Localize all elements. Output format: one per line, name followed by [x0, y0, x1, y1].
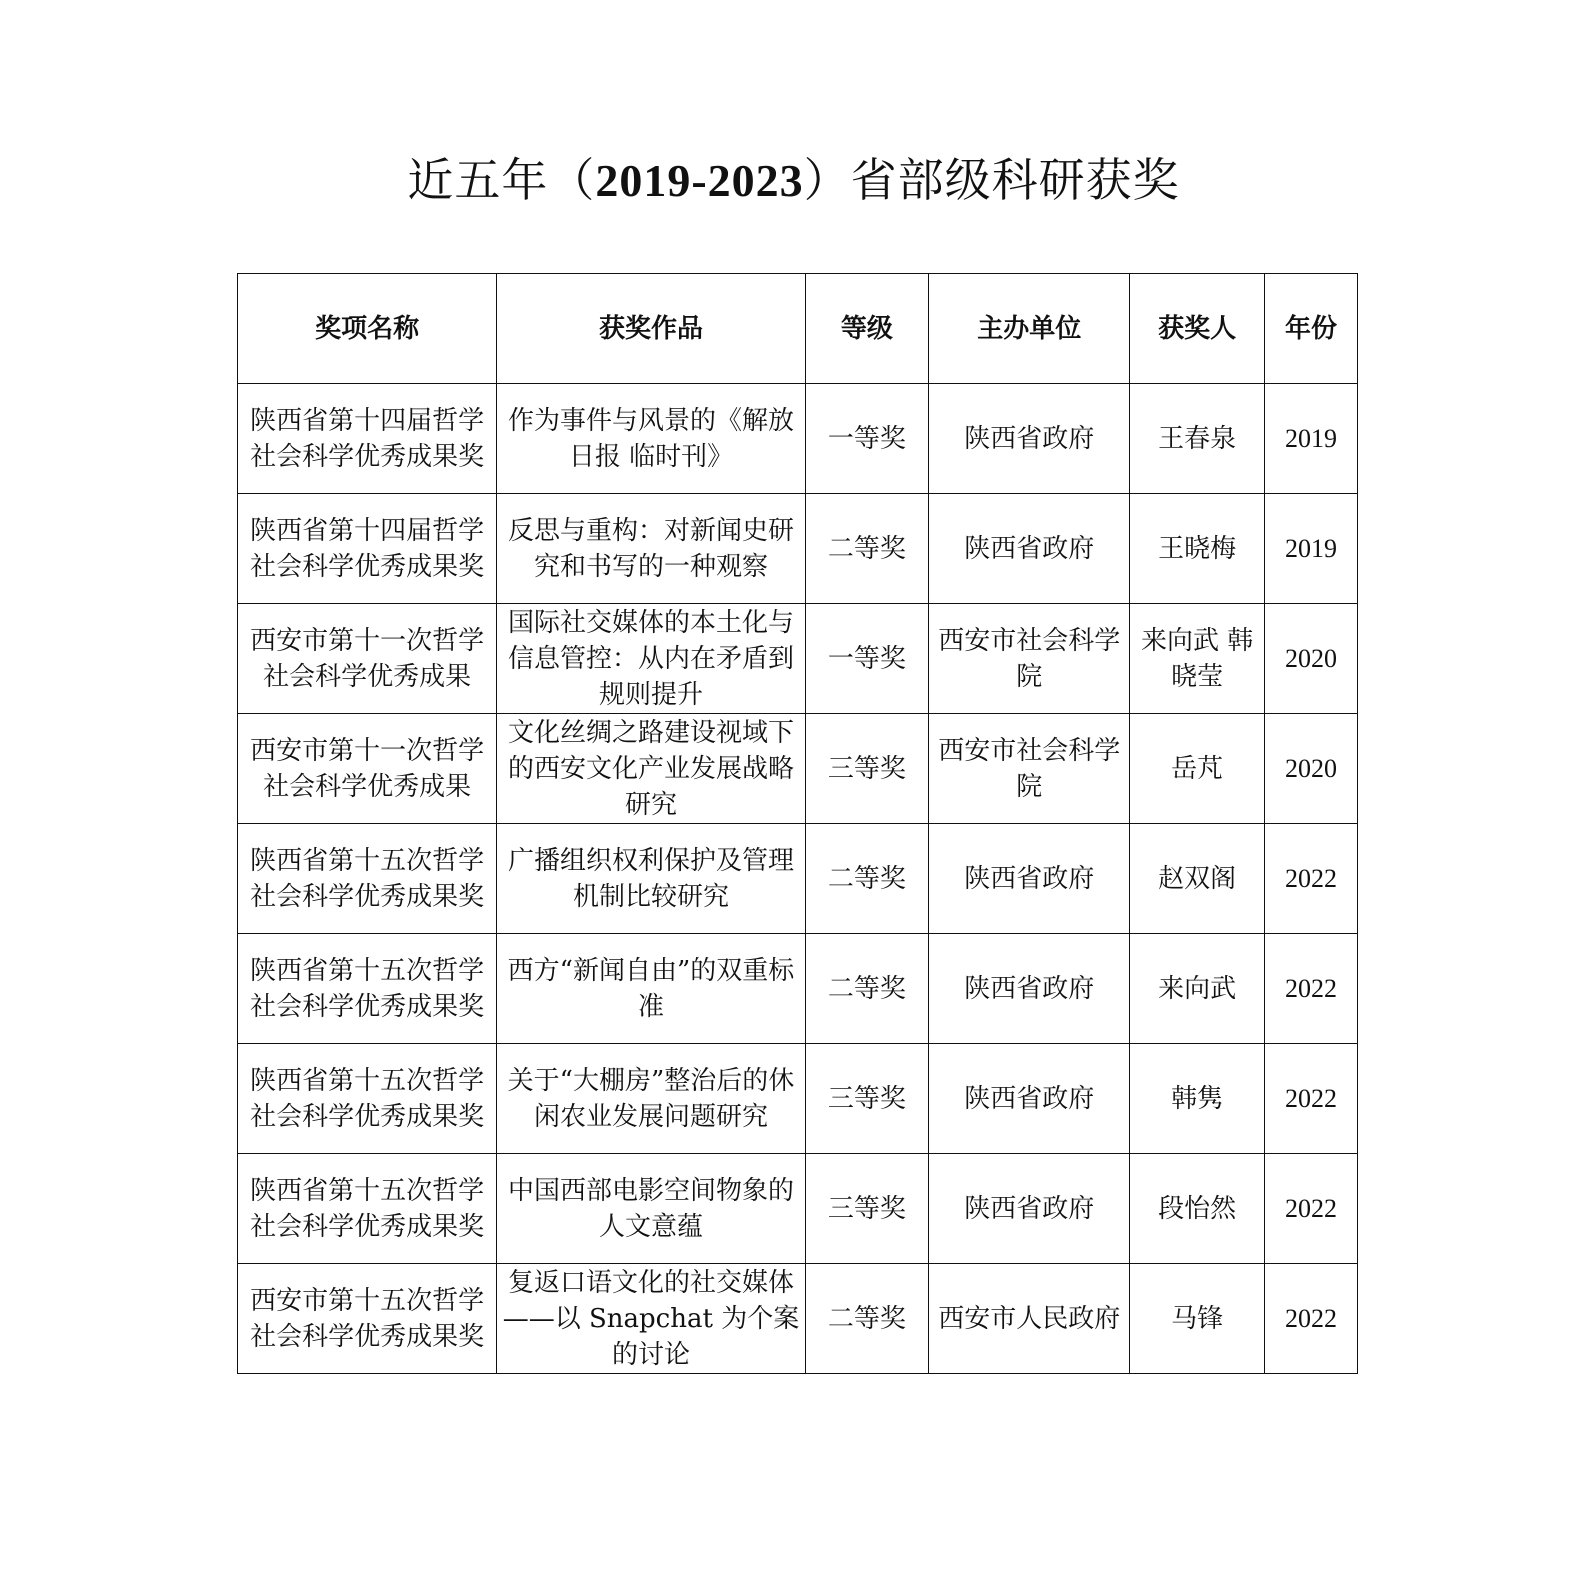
header-grade: 等级 [805, 274, 929, 384]
cell-year: 2022 [1265, 824, 1358, 934]
cell-winner: 岳芃 [1130, 714, 1265, 824]
cell-grade: 二等奖 [805, 1264, 929, 1374]
cell-work: 西方“新闻自由”的双重标准 [497, 934, 805, 1044]
title-prefix: 近五年（ [407, 153, 595, 207]
cell-award-name: 西安市第十五次哲学社会科学优秀成果奖 [238, 1264, 497, 1374]
table-row: 陕西省第十五次哲学社会科学优秀成果奖 关于“大棚房”整治后的休闲农业发展问题研究… [238, 1044, 1358, 1154]
table-row: 陕西省第十五次哲学社会科学优秀成果奖 中国西部电影空间物象的人文意蕴 三等奖 陕… [238, 1154, 1358, 1264]
cell-grade: 三等奖 [805, 714, 929, 824]
cell-winner: 王晓梅 [1130, 494, 1265, 604]
cell-organizer: 西安市社会科学院 [929, 604, 1130, 714]
cell-work: 复返口语文化的社交媒体——以 Snapchat 为个案的讨论 [497, 1264, 805, 1374]
table-row: 陕西省第十五次哲学社会科学优秀成果奖 西方“新闻自由”的双重标准 二等奖 陕西省… [238, 934, 1358, 1044]
cell-award-name: 西安市第十一次哲学社会科学优秀成果 [238, 604, 497, 714]
cell-organizer: 陕西省政府 [929, 1154, 1130, 1264]
cell-year: 2022 [1265, 1044, 1358, 1154]
cell-year: 2022 [1265, 1154, 1358, 1264]
cell-winner: 马锋 [1130, 1264, 1265, 1374]
cell-organizer: 陕西省政府 [929, 1044, 1130, 1154]
cell-award-name: 西安市第十一次哲学社会科学优秀成果 [238, 714, 497, 824]
cell-year: 2020 [1265, 714, 1358, 824]
cell-organizer: 西安市人民政府 [929, 1264, 1130, 1374]
cell-grade: 三等奖 [805, 1154, 929, 1264]
header-award-name: 奖项名称 [238, 274, 497, 384]
table-row: 陕西省第十四届哲学社会科学优秀成果奖 反思与重构：对新闻史研究和书写的一种观察 … [238, 494, 1358, 604]
table-row: 西安市第十五次哲学社会科学优秀成果奖 复返口语文化的社交媒体——以 Snapch… [238, 1264, 1358, 1374]
table-row: 西安市第十一次哲学社会科学优秀成果 国际社交媒体的本土化与信息管控：从内在矛盾到… [238, 604, 1358, 714]
header-work: 获奖作品 [497, 274, 805, 384]
cell-organizer: 陕西省政府 [929, 494, 1130, 604]
cell-organizer: 陕西省政府 [929, 934, 1130, 1044]
page-title: 近五年（2019-2023）省部级科研获奖 [0, 150, 1587, 211]
cell-award-name: 陕西省第十四届哲学社会科学优秀成果奖 [238, 384, 497, 494]
cell-work: 文化丝绸之路建设视域下的西安文化产业发展战略研究 [497, 714, 805, 824]
header-winner: 获奖人 [1130, 274, 1265, 384]
cell-year: 2019 [1265, 494, 1358, 604]
cell-work: 作为事件与风景的《解放日报 临时刊》 [497, 384, 805, 494]
cell-work: 反思与重构：对新闻史研究和书写的一种观察 [497, 494, 805, 604]
header-organizer: 主办单位 [929, 274, 1130, 384]
cell-year: 2020 [1265, 604, 1358, 714]
table-row: 西安市第十一次哲学社会科学优秀成果 文化丝绸之路建设视域下的西安文化产业发展战略… [238, 714, 1358, 824]
cell-winner: 王春泉 [1130, 384, 1265, 494]
cell-grade: 一等奖 [805, 384, 929, 494]
cell-grade: 二等奖 [805, 824, 929, 934]
cell-award-name: 陕西省第十五次哲学社会科学优秀成果奖 [238, 1154, 497, 1264]
cell-winner: 段怡然 [1130, 1154, 1265, 1264]
cell-winner: 赵双阁 [1130, 824, 1265, 934]
cell-year: 2019 [1265, 384, 1358, 494]
cell-winner: 韩隽 [1130, 1044, 1265, 1154]
title-suffix: ）省部级科研获奖 [804, 153, 1180, 207]
cell-work: 广播组织权利保护及管理机制比较研究 [497, 824, 805, 934]
awards-table: 奖项名称 获奖作品 等级 主办单位 获奖人 年份 陕西省第十四届哲学社会科学优秀… [237, 273, 1358, 1374]
cell-year: 2022 [1265, 934, 1358, 1044]
cell-award-name: 陕西省第十五次哲学社会科学优秀成果奖 [238, 824, 497, 934]
cell-organizer: 西安市社会科学院 [929, 714, 1130, 824]
cell-award-name: 陕西省第十五次哲学社会科学优秀成果奖 [238, 1044, 497, 1154]
cell-year: 2022 [1265, 1264, 1358, 1374]
table-row: 陕西省第十五次哲学社会科学优秀成果奖 广播组织权利保护及管理机制比较研究 二等奖… [238, 824, 1358, 934]
cell-winner: 来向武 [1130, 934, 1265, 1044]
cell-work: 中国西部电影空间物象的人文意蕴 [497, 1154, 805, 1264]
cell-award-name: 陕西省第十五次哲学社会科学优秀成果奖 [238, 934, 497, 1044]
table-row: 陕西省第十四届哲学社会科学优秀成果奖 作为事件与风景的《解放日报 临时刊》 一等… [238, 384, 1358, 494]
cell-grade: 二等奖 [805, 934, 929, 1044]
cell-grade: 三等奖 [805, 1044, 929, 1154]
cell-award-name: 陕西省第十四届哲学社会科学优秀成果奖 [238, 494, 497, 604]
title-year-range: 2019-2023 [595, 155, 803, 206]
table-header-row: 奖项名称 获奖作品 等级 主办单位 获奖人 年份 [238, 274, 1358, 384]
cell-organizer: 陕西省政府 [929, 824, 1130, 934]
cell-work: 国际社交媒体的本土化与信息管控：从内在矛盾到规则提升 [497, 604, 805, 714]
cell-grade: 二等奖 [805, 494, 929, 604]
cell-winner: 来向武 韩晓莹 [1130, 604, 1265, 714]
cell-work: 关于“大棚房”整治后的休闲农业发展问题研究 [497, 1044, 805, 1154]
cell-grade: 一等奖 [805, 604, 929, 714]
cell-organizer: 陕西省政府 [929, 384, 1130, 494]
header-year: 年份 [1265, 274, 1358, 384]
